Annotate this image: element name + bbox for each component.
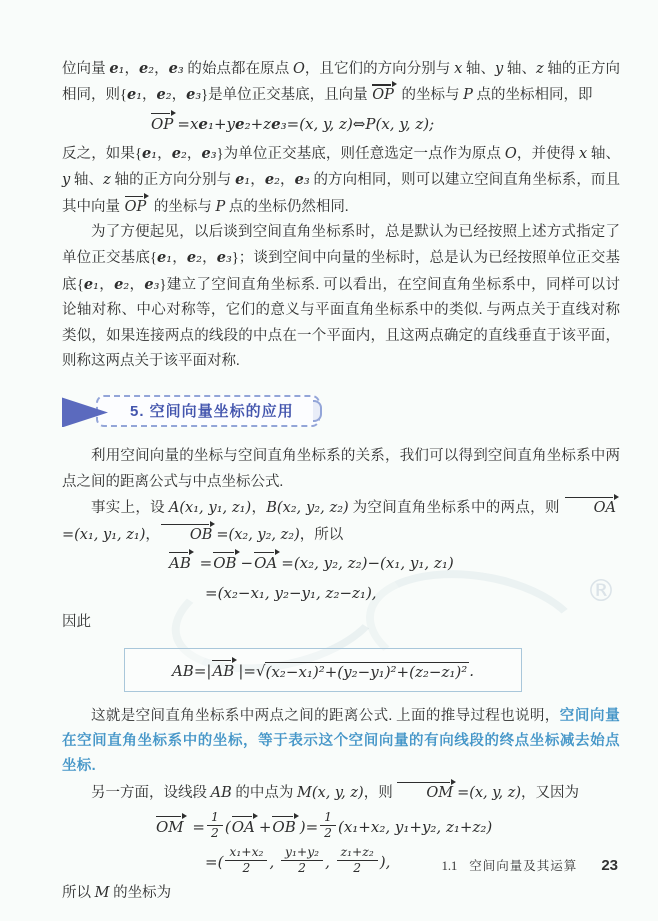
section-banner-label: 5. 空间向量坐标的应用: [96, 395, 320, 427]
distance-formula-box: AB=|AB|=√(x₂−x₁)²+(y₂−y₁)²+(z₂−z₁)².: [124, 648, 522, 692]
paragraph-therefore: 因此: [62, 610, 620, 635]
formula-om-line1: OM =12(OA+OB)=12(x₁+x₂, y₁+y₂, z₁+z₂): [155, 812, 620, 844]
watermark-registered-icon: ®: [586, 574, 616, 609]
paragraph-midpoint-setup: 另一方面，设线段 AB 的中点为 M(x, y, z)，则 OM=(x, y, …: [62, 780, 620, 806]
paragraph-distance-explanation: 这就是空间直角坐标系中两点之间的距离公式. 上面的推导过程也说明，空间向量在空间…: [62, 704, 620, 780]
paragraph-so-m-coordinates: 所以 M 的坐标为: [62, 881, 620, 906]
paragraph-two-points-setup: 事实上，设 A(x₁, y₁, z₁)，B(x₂, y₂, z₂) 为空间直角坐…: [62, 495, 620, 548]
formula-ab-vector-line2: =(x₂−x₁, y₂−y₁, z₂−z₁),: [205, 580, 620, 608]
formula-ab-vector-line1: AB =OB−OA=(x₂, y₂, z₂)−(x₁, y₁, z₁): [168, 550, 620, 578]
paragraph-convention: 为了方便起见，以后谈到空间直角坐标系时，总是默认为已经按照上述方式指定了单位正交…: [62, 220, 620, 374]
formula-op-coordinates: OP=xe₁+ye₂+ze₃=(x, y, z)⇔P(x, y, z);: [150, 111, 620, 139]
footer-section-number: 1.1: [442, 859, 458, 873]
paragraph-conversely: 反之，如果{e₁，e₂，e₃}为单位正交基底，则任意选定一点作为原点 O，并使得…: [62, 141, 620, 220]
page-footer: 1.1空间向量及其运算23: [442, 856, 618, 875]
textbook-page: ® 位向量 e₁，e₂，e₃ 的始点都在原点 O，且它们的方向分别与 x 轴、y…: [0, 0, 658, 921]
section-banner: 5. 空间向量坐标的应用: [62, 395, 620, 429]
paragraph-application-intro: 利用空间向量的坐标与空间直角坐标系的关系，我们可以得到空间直角坐标系中两点之间的…: [62, 444, 620, 495]
footer-page-number: 23: [601, 857, 618, 874]
page-content: 位向量 e₁，e₂，e₃ 的始点都在原点 O，且它们的方向分别与 x 轴、y 轴…: [62, 56, 620, 906]
footer-section-title: 空间向量及其运算: [469, 859, 577, 873]
paragraph-unit-vectors: 位向量 e₁，e₂，e₃ 的始点都在原点 O，且它们的方向分别与 x 轴、y 轴…: [62, 56, 620, 109]
